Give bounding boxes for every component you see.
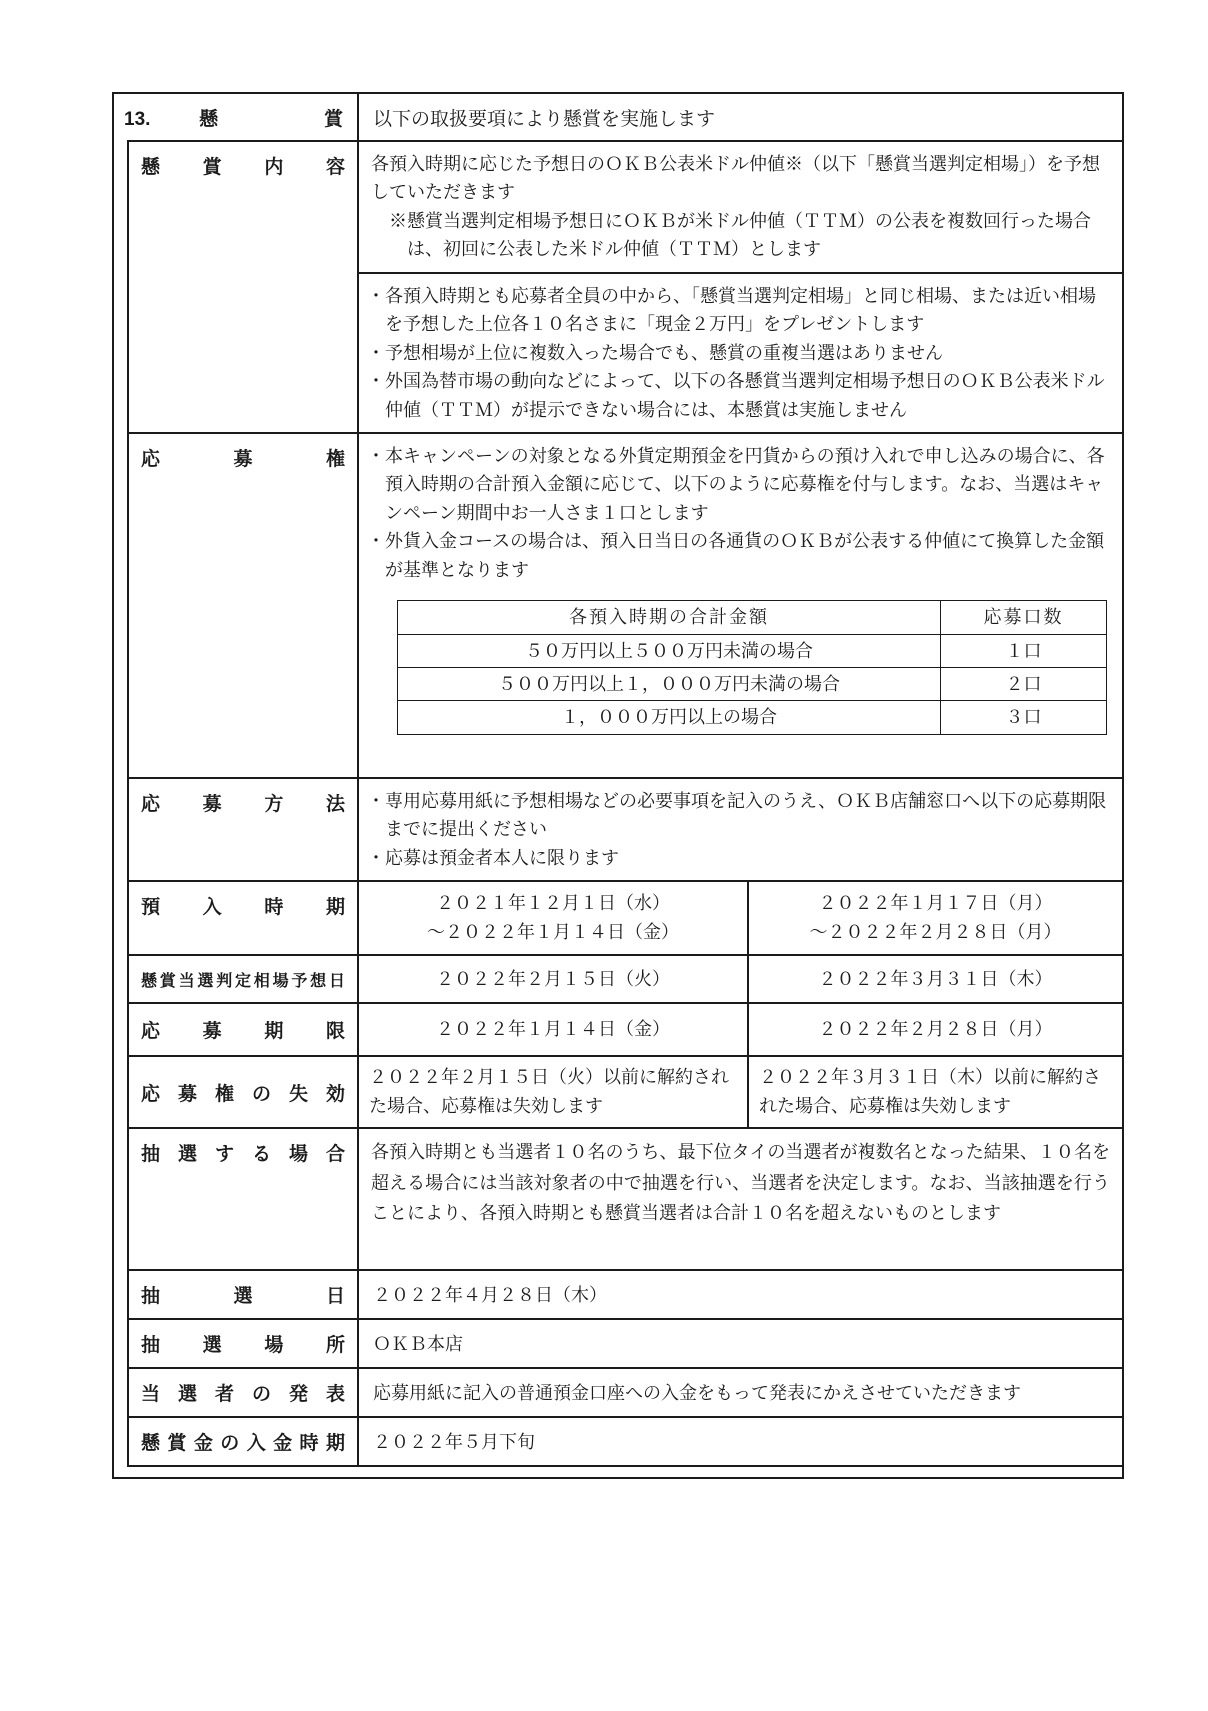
yonyu-label: 預入時期 [141, 892, 345, 919]
cell-kigen-content: ２０２２年１月１４日（金） ２０２２年２月２８日（月） [359, 1004, 1122, 1055]
prize-terms-table: 13. 懸 賞 以下の取扱要項により懸賞を実施します 懸賞内容 各預入時期に応じ… [112, 92, 1124, 1479]
cell-shikko-content: ２０２２年２月１５日（火）以前に解約された場合、応募権は失効します ２０２２年３… [359, 1057, 1122, 1127]
cell-naiyo-label: 懸賞内容 [129, 142, 359, 432]
chusenbi-content: ２０２２年４月２８日（木） [359, 1271, 1122, 1318]
nyukin-content: ２０２２年５月下旬 [359, 1418, 1122, 1465]
happyo-label: 当選者の発表 [141, 1379, 345, 1406]
naiyo-block-intro: 各預入時期に応じた予想日のＯＫＢ公表米ドル仲値※（以下「懸賞当選判定相場」）を予… [359, 142, 1122, 272]
row-title: 13. 懸 賞 以下の取扱要項により懸賞を実施します [114, 94, 1122, 140]
row-chusen-bi: 抽選日 ２０２２年４月２８日（木） [129, 1269, 1122, 1318]
entry-units-row-1: ５０万円以上５００万円未満の場合 １口 [398, 634, 1107, 667]
basho-content: ＯＫＢ本店 [359, 1320, 1122, 1367]
kigen-date-2: ２０２２年２月２８日（月） [747, 1004, 1122, 1055]
oboken-label: 応募権 [141, 444, 345, 471]
cell-naiyo-content: 各預入時期に応じた予想日のＯＫＢ公表米ドル仲値※（以下「懸賞当選判定相場」）を予… [359, 142, 1122, 432]
oboho-label: 応募方法 [141, 789, 345, 816]
cell-oboken-content: ・本キャンペーンの対象となる外貨定期預金を円貨からの預け入れで申し込みの場合に、… [359, 434, 1122, 777]
naiyo-bullet-2: ・予想相場が上位に複数入った場合でも、懸賞の重複当選はありません [367, 339, 1110, 367]
naiyo-intro: 各預入時期に応じた予想日のＯＫＢ公表米ドル仲値※（以下「懸賞当選判定相場」）を予… [371, 150, 1110, 207]
cell-oboken-label: 応募権 [129, 434, 359, 777]
row-happyo: 当選者の発表 応募用紙に記入の普通預金口座への入金をもって発表にかえさせていただ… [129, 1367, 1122, 1416]
document-page: 13. 懸 賞 以下の取扱要項により懸賞を実施します 懸賞内容 各預入時期に応じ… [0, 0, 1208, 1711]
row-kensho-naiyo: 懸賞内容 各預入時期に応じた予想日のＯＫＢ公表米ドル仲値※（以下「懸賞当選判定相… [129, 142, 1122, 432]
nyukin-label: 懸賞金の入金時期 [141, 1428, 345, 1455]
yonyu-period-1-line1: ２０２１年１２月１日（水） [436, 889, 670, 918]
kigen-label: 応募期限 [141, 1016, 345, 1043]
yonyu-period-2-line2: ～２０２２年２月２８日（月） [810, 918, 1062, 947]
cell-chusen-baai-label: 抽選する場合 [129, 1129, 359, 1269]
naiyo-block-bullets: ・各預入時期とも応募者全員の中から、「懸賞当選判定相場」と同じ相場、または近い相… [359, 272, 1122, 432]
cell-yonyu-label: 預入時期 [129, 882, 359, 954]
entry-units-header-units: 応募口数 [941, 601, 1107, 634]
entry-units-row2-units: ２口 [941, 668, 1107, 701]
row-obo-hoho: 応募方法 ・専用応募用紙に予想相場などの必要事項を記入のうえ、ＯＫＢ店舗窓口へ以… [129, 777, 1122, 880]
oboho-bullet-1: ・専用応募用紙に予想相場などの必要事項を記入のうえ、ＯＫＢ店舗窓口へ以下の応募期… [367, 787, 1110, 844]
cell-oboho-content: ・専用応募用紙に予想相場などの必要事項を記入のうえ、ＯＫＢ店舗窓口へ以下の応募期… [359, 779, 1122, 880]
yosobi-label: 懸賞当選判定相場予想日 [141, 968, 345, 991]
row-yonyu-jiki: 預入時期 ２０２１年１２月１日（水） ～２０２２年１月１４日（金） ２０２２年１… [129, 880, 1122, 954]
entry-units-header-row: 各預入時期の合計金額 応募口数 [398, 601, 1107, 634]
cell-oboho-label: 応募方法 [129, 779, 359, 880]
row-chusen-basho: 抽選場所 ＯＫＢ本店 [129, 1318, 1122, 1367]
yonyu-period-1-line2: ～２０２２年１月１４日（金） [427, 918, 679, 947]
cell-nyukin-label: 懸賞金の入金時期 [129, 1418, 359, 1465]
row-nyukin-jiki: 懸賞金の入金時期 ２０２２年５月下旬 [129, 1416, 1122, 1465]
happyo-content: 応募用紙に記入の普通預金口座への入金をもって発表にかえさせていただきます [359, 1369, 1122, 1416]
yonyu-period-2-line1: ２０２２年１月１７日（月） [819, 889, 1053, 918]
entry-units-row1-units: １口 [941, 634, 1107, 667]
chusen-baai-label: 抽選する場合 [141, 1139, 345, 1166]
shikko-label: 応募権の失効 [141, 1079, 345, 1106]
entry-units-header-amount: 各預入時期の合計金額 [398, 601, 941, 634]
terms-inner-table: 懸賞内容 各預入時期に応じた予想日のＯＫＢ公表米ドル仲値※（以下「懸賞当選判定相… [127, 140, 1122, 1467]
entry-units-row2-amount: ５００万円以上１，０００万円未満の場合 [398, 668, 941, 701]
naiyo-bullet-1: ・各預入時期とも応募者全員の中から、「懸賞当選判定相場」と同じ相場、または近い相… [367, 282, 1110, 339]
entry-units-table: 各預入時期の合計金額 応募口数 ５０万円以上５００万円未満の場合 １口 ５００万… [397, 600, 1107, 735]
cell-happyo-label: 当選者の発表 [129, 1369, 359, 1416]
title-content: 以下の取扱要項により懸賞を実施します [373, 104, 715, 131]
entry-units-row-2: ５００万円以上１，０００万円未満の場合 ２口 [398, 668, 1107, 701]
oboho-bullet-2: ・応募は預金者本人に限ります [367, 844, 1110, 872]
row-yoso-bi: 懸賞当選判定相場予想日 ２０２２年２月１５日（火） ２０２２年３月３１日（木） [129, 954, 1122, 1002]
cell-basho-label: 抽選場所 [129, 1320, 359, 1367]
row-obo-kigen: 応募期限 ２０２２年１月１４日（金） ２０２２年２月２８日（月） [129, 1002, 1122, 1055]
naiyo-note: ※懸賞当選判定相場予想日にＯＫＢが米ドル仲値（ＴＴＭ）の公表を複数回行った場合は… [389, 207, 1110, 264]
yosobi-date-2: ２０２２年３月３１日（木） [747, 956, 1122, 1002]
cell-yosobi-content: ２０２２年２月１５日（火） ２０２２年３月３１日（木） [359, 956, 1122, 1002]
cell-shikko-label: 応募権の失効 [129, 1057, 359, 1127]
cell-kigen-label: 応募期限 [129, 1004, 359, 1055]
naiyo-bullet-3: ・外国為替市場の動向などによって、以下の各懸賞当選判定相場予想日のＯＫＢ公表米ド… [367, 367, 1110, 424]
cell-title-label: 13. 懸 賞 [114, 94, 359, 140]
shikko-note-1: ２０２２年２月１５日（火）以前に解約された場合、応募権は失効します [359, 1057, 747, 1127]
kigen-date-1: ２０２２年１月１４日（金） [359, 1004, 747, 1055]
cell-yosobi-label: 懸賞当選判定相場予想日 [129, 956, 359, 1002]
chusenbi-label: 抽選日 [141, 1281, 345, 1308]
naiyo-label: 懸賞内容 [141, 152, 345, 179]
oboken-bullet-2: ・外貨入金コースの場合は、預入日当日の各通貨のＯＫＢが公表する仲値にて換算した金… [367, 527, 1110, 584]
cell-chusenbi-label: 抽選日 [129, 1271, 359, 1318]
shikko-note-2: ２０２２年３月３１日（木）以前に解約された場合、応募権は失効します [747, 1057, 1122, 1127]
row-shikko: 応募権の失効 ２０２２年２月１５日（火）以前に解約された場合、応募権は失効します… [129, 1055, 1122, 1127]
oboken-bullet-1: ・本キャンペーンの対象となる外貨定期預金を円貨からの預け入れで申し込みの場合に、… [367, 442, 1110, 527]
cell-title-content: 以下の取扱要項により懸賞を実施します [359, 94, 1122, 140]
basho-label: 抽選場所 [141, 1330, 345, 1357]
entry-units-row3-amount: １，０００万円以上の場合 [398, 701, 941, 734]
yonyu-period-2: ２０２２年１月１７日（月） ～２０２２年２月２８日（月） [747, 882, 1122, 954]
entry-units-row-3: １，０００万円以上の場合 ３口 [398, 701, 1107, 734]
entry-units-row1-amount: ５０万円以上５００万円未満の場合 [398, 634, 941, 667]
yonyu-period-1: ２０２１年１２月１日（水） ～２０２２年１月１４日（金） [359, 882, 747, 954]
row-chusen-baai: 抽選する場合 各預入時期とも当選者１０名のうち、最下位タイの当選者が複数名となっ… [129, 1127, 1122, 1269]
title-label: 13. 懸 賞 [124, 104, 343, 131]
entry-units-row3-units: ３口 [941, 701, 1107, 734]
cell-yonyu-content: ２０２１年１２月１日（水） ～２０２２年１月１４日（金） ２０２２年１月１７日（… [359, 882, 1122, 954]
yosobi-date-1: ２０２２年２月１５日（火） [359, 956, 747, 1002]
row-obo-ken: 応募権 ・本キャンペーンの対象となる外貨定期預金を円貨からの預け入れで申し込みの… [129, 432, 1122, 777]
chusen-baai-content: 各預入時期とも当選者１０名のうち、最下位タイの当選者が複数名となった結果、１０名… [359, 1129, 1122, 1269]
